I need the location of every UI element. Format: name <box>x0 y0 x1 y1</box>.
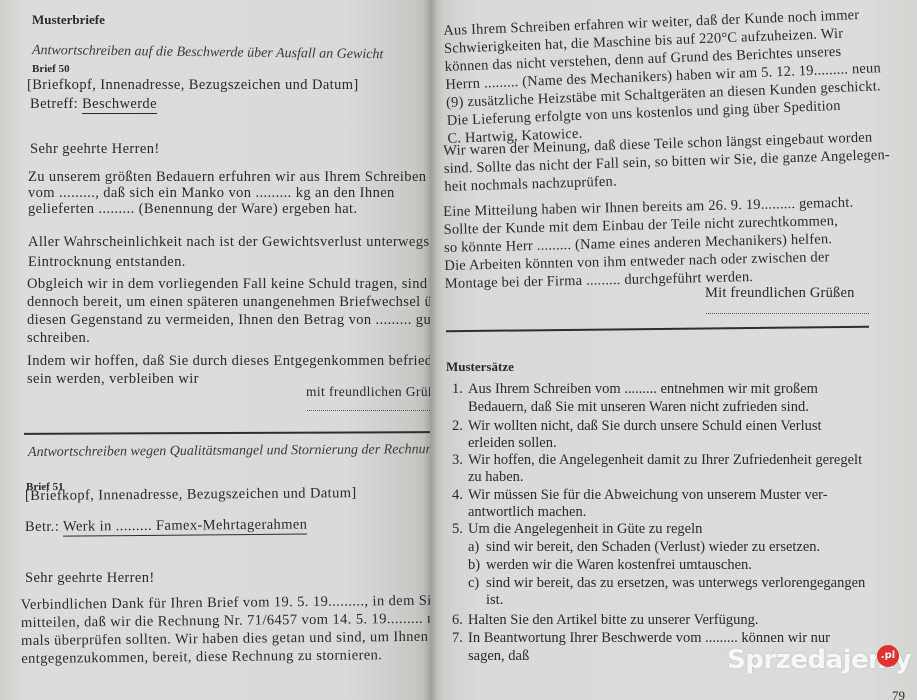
list-item: 6.Halten Sie den Artikel bitte zu unsere… <box>452 611 758 629</box>
letter50-subject: Betreff: Beschwerde <box>30 95 157 113</box>
list-item: 3.Wir hoffen, die Angelegenheit damit zu… <box>452 451 862 469</box>
subject-label: Betreff: <box>30 96 78 112</box>
section-divider <box>446 326 869 332</box>
letter50-salutation: Sehr geehrte Herren! <box>30 140 160 158</box>
signature-line <box>706 313 869 314</box>
text-line: Eintrocknung entstanden. <box>28 253 430 271</box>
section-heading: Musterbriefe <box>32 12 105 28</box>
item-text: Aus Ihrem Schreiben vom ......... entneh… <box>468 381 818 397</box>
book-gutter <box>424 0 438 700</box>
letter50-label: Brief 50 <box>32 63 70 75</box>
letter51-subject: Betr.: Werk in ......... Famex-Mehrtager… <box>25 516 307 536</box>
watermark-badge-icon: .pl <box>877 645 899 667</box>
letter51-salutation: Sehr geehrte Herren! <box>25 569 155 587</box>
mustersaetze-heading: Mustersätze <box>446 359 514 375</box>
letter50-paragraph1: Zu unserem größten Bedauern erfuhren wir… <box>28 168 426 218</box>
right-closing: Mit freundlichen Grüßen <box>705 284 855 302</box>
item-text: Wir müssen Sie für die Abweichung von un… <box>468 487 828 503</box>
subject-value: Werk in ......... Famex-Mehrtagerahmen <box>63 517 308 537</box>
list-item: 5.Um die Angelegenheit in Güte zu regeln <box>452 520 702 538</box>
right-paragraph1: Aus Ihrem Schreiben erfahren wir weiter,… <box>443 5 883 148</box>
item-number: 4. <box>452 486 468 504</box>
item-number: 3. <box>452 451 468 469</box>
item-number: 2. <box>452 417 468 435</box>
item-text: Wir wollten nicht, daß Sie durch unsere … <box>468 418 822 434</box>
text-line: gelieferten ......... (Benennung der War… <box>28 200 426 218</box>
sub-letter: c) <box>468 574 486 592</box>
list-item-continuation: erleiden sollen. <box>468 434 557 452</box>
text-line: schreiben. <box>27 329 430 347</box>
item-text: Um die Angelegenheit in Güte zu regeln <box>468 521 702 537</box>
sub-item: c)sind wir bereit, das zu ersetzen, was … <box>468 574 865 592</box>
letter50-subtitle: Antwortschreiben auf die Beschwerde über… <box>32 43 384 63</box>
text-line: entgegenzukommen, bereit, diese Rechnung… <box>21 645 430 668</box>
item-number: 6. <box>452 611 468 629</box>
list-item: 1.Aus Ihrem Schreiben vom ......... entn… <box>452 380 818 398</box>
letter50-header-placeholder: [Briefkopf, Innenadresse, Bezugszeichen … <box>27 76 359 94</box>
sub-item: b)werden wir die Waren kostenfrei umtaus… <box>468 556 752 574</box>
sub-item-continuation: ist. <box>486 591 503 609</box>
item-number: 5. <box>452 520 468 538</box>
text-line: diesen Gegenstand zu vermeiden, Ihnen de… <box>27 311 430 329</box>
text-line: Aller Wahrscheinlichkeit nach ist der Ge… <box>28 233 430 251</box>
sub-letter: b) <box>468 556 486 574</box>
item-text: Wir hoffen, die Angelegenheit damit zu I… <box>468 452 862 468</box>
sub-item: a)sind wir bereit, den Schaden (Verlust)… <box>468 538 820 556</box>
right-paragraph3: Eine Mitteilung haben wir Ihnen bereits … <box>443 194 855 293</box>
sub-letter: a) <box>468 538 486 556</box>
list-item-continuation: Bedauern, daß Sie mit unseren Waren nich… <box>468 398 809 416</box>
list-item-continuation: zu haben. <box>468 468 524 486</box>
item-number: 1. <box>452 380 468 398</box>
letter50-closing: mit freundlichen Grüßen <box>306 383 430 401</box>
letter50-paragraph2: Aller Wahrscheinlichkeit nach ist der Ge… <box>28 233 430 271</box>
list-item-continuation: antwortlich machen. <box>468 503 586 521</box>
sub-text: sind wir bereit, den Schaden (Verlust) w… <box>486 539 820 555</box>
letter50-paragraph3: Obgleich wir in dem vorliegenden Fall ke… <box>27 275 430 347</box>
text-line: dennoch bereit, um einen späteren unange… <box>27 293 430 311</box>
text-line: Indem wir hoffen, daß Sie durch dieses E… <box>27 352 430 370</box>
page-number: 79 <box>892 688 905 700</box>
item-text: In Beantwortung Ihrer Beschwerde vom ...… <box>468 630 830 646</box>
left-page: Musterbriefe Antwortschreiben auf die Be… <box>0 0 430 700</box>
list-item-continuation: sagen, daß <box>468 647 529 665</box>
item-number: 7. <box>452 629 468 647</box>
sub-text: sind wir bereit, das zu ersetzen, was un… <box>486 575 865 591</box>
sub-text: werden wir die Waren kostenfrei umtausch… <box>486 557 752 573</box>
list-item: 2.Wir wollten nicht, daß Sie durch unser… <box>452 417 822 435</box>
right-page: Aus Ihrem Schreiben erfahren wir weiter,… <box>430 0 917 700</box>
letter51-paragraph1: Verbindlichen Dank für Ihren Brief vom 1… <box>21 591 430 668</box>
list-item: 4.Wir müssen Sie für die Abweichung von … <box>452 486 828 504</box>
signature-line <box>307 410 430 411</box>
item-text: Halten Sie den Artikel bitte zu unserer … <box>468 612 758 628</box>
letter51-subtitle: Antwortschreiben wegen Qualitätsmangel u… <box>28 442 430 461</box>
letter51-header-placeholder: [Briefkopf, Innenadresse, Bezugszeichen … <box>25 484 357 505</box>
section-divider <box>24 431 430 434</box>
text-line: Obgleich wir in dem vorliegenden Fall ke… <box>27 275 430 293</box>
subject-value: Beschwerde <box>82 96 157 114</box>
subject-label: Betr.: <box>25 519 59 535</box>
